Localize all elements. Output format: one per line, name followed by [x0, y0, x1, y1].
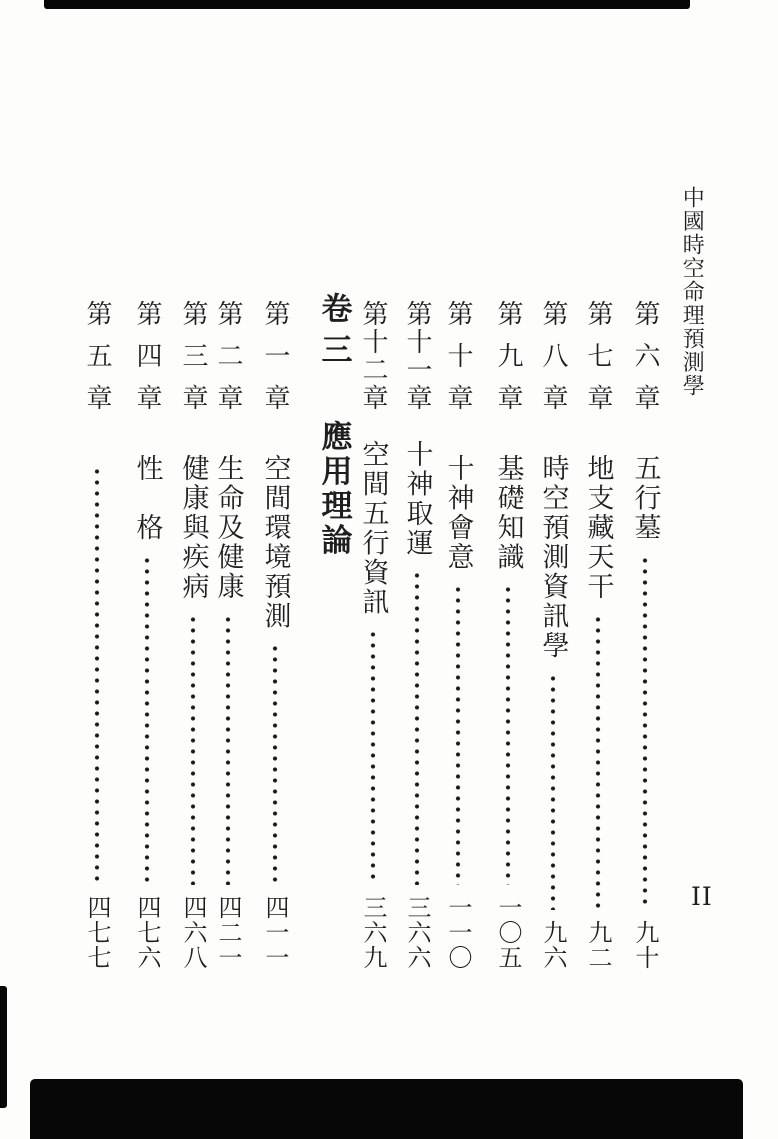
chapter-page-number: 一一〇: [446, 895, 470, 970]
book-toc-page: 中國時空命理預測學 II 第六章 五行墓 九十 第七章 地支藏天干 九二 第八章…: [0, 0, 778, 1139]
chapter-title: 空間環境預測: [262, 454, 289, 631]
toc-entry-ch10: 第十章 十神會意 一一〇: [436, 300, 480, 970]
chapter-label: 第七章: [585, 300, 611, 426]
toc-entry-ch1: 第一章 空間環境預測 四一一: [253, 300, 297, 970]
dot-leader: [370, 629, 376, 885]
chapter-page-number: 四六八: [181, 895, 205, 970]
toc-entry-ch6: 第六章 五行墓 九十: [623, 300, 667, 970]
dot-leader: [505, 584, 511, 885]
chapter-title: 基礎知識: [495, 454, 522, 572]
running-book-title: 中國時空命理預測學: [679, 186, 704, 398]
toc-entry-ch12: 第十二章 空間五行資訊 三六九: [351, 300, 395, 970]
chapter-label: 第六章: [632, 300, 658, 426]
chapter-page-number: 四七六: [135, 895, 159, 970]
chapter-title: 十神會意: [445, 454, 472, 572]
toc-entry-ch5: 第五章 四七七: [75, 300, 119, 970]
chapter-label: 第十章: [445, 300, 471, 426]
part-label: 卷三: [318, 292, 349, 420]
chapter-label: 第一章: [262, 300, 288, 426]
dot-leader: [94, 466, 100, 885]
chapter-label: 第五章: [84, 300, 110, 426]
chapter-page-number: 九六: [541, 920, 565, 970]
part-heading-vol3: 卷三 應用理論: [309, 292, 357, 962]
chapter-title: 時空預測資訊學: [540, 454, 567, 661]
toc-entry-ch3: 第三章 健康與疾病 四六八: [171, 300, 215, 970]
dot-leader: [455, 584, 461, 885]
chapter-label: 第四章: [134, 300, 160, 426]
chapter-label: 第十二章: [360, 300, 386, 412]
dot-leader: [272, 643, 278, 885]
chapter-title: 健康與疾病: [180, 454, 207, 602]
chapter-label: 第二章: [215, 300, 241, 426]
chapter-page-number: 三六六: [405, 895, 429, 970]
toc-entry-ch11: 第十一章 十神取運 三六六: [395, 300, 439, 970]
toc-entry-ch8: 第八章 時空預測資訊學 九六: [531, 300, 575, 970]
toc-entry-ch4: 第四章 性 格 四七六: [125, 300, 169, 970]
dot-leader: [642, 555, 648, 911]
chapter-page-number: 四七七: [85, 895, 109, 970]
toc-entry-ch9: 第九章 基礎知識 一〇五: [486, 300, 530, 970]
dot-leader: [550, 673, 556, 911]
chapter-page-number: 四一一: [263, 895, 287, 970]
chapter-title: 性 格: [134, 454, 161, 543]
chapter-title: 五行墓: [632, 454, 659, 543]
chapter-label: 第三章: [180, 300, 206, 426]
chapter-title: 十神取運: [404, 440, 431, 558]
folio-page-number: II: [691, 882, 713, 911]
dot-leader: [225, 614, 231, 886]
scan-artifact-top-bar: [44, 0, 690, 9]
chapter-title: 生命及健康: [215, 454, 242, 602]
chapter-page-number: 九二: [586, 920, 610, 970]
dot-leader: [144, 555, 150, 886]
dot-leader: [595, 614, 601, 911]
scan-artifact-left-strip: [0, 986, 7, 1108]
chapter-title: 空間五行資訊: [360, 440, 387, 617]
chapter-label: 第十一章: [404, 300, 430, 412]
chapter-label: 第八章: [540, 300, 566, 426]
chapter-label: 第九章: [495, 300, 521, 426]
chapter-page-number: 一〇五: [496, 895, 520, 970]
chapter-title: 地支藏天干: [585, 454, 612, 602]
dot-leader: [190, 614, 196, 886]
chapter-page-number: 三六九: [361, 895, 385, 970]
toc-entry-ch7: 第七章 地支藏天干 九二: [576, 300, 620, 970]
chapter-page-number: 九十: [633, 920, 657, 970]
chapter-page-number: 四二一: [216, 895, 240, 970]
dot-leader: [414, 570, 420, 885]
part-title: 應用理論: [318, 420, 349, 558]
scan-artifact-bottom-bar: [30, 1079, 743, 1139]
